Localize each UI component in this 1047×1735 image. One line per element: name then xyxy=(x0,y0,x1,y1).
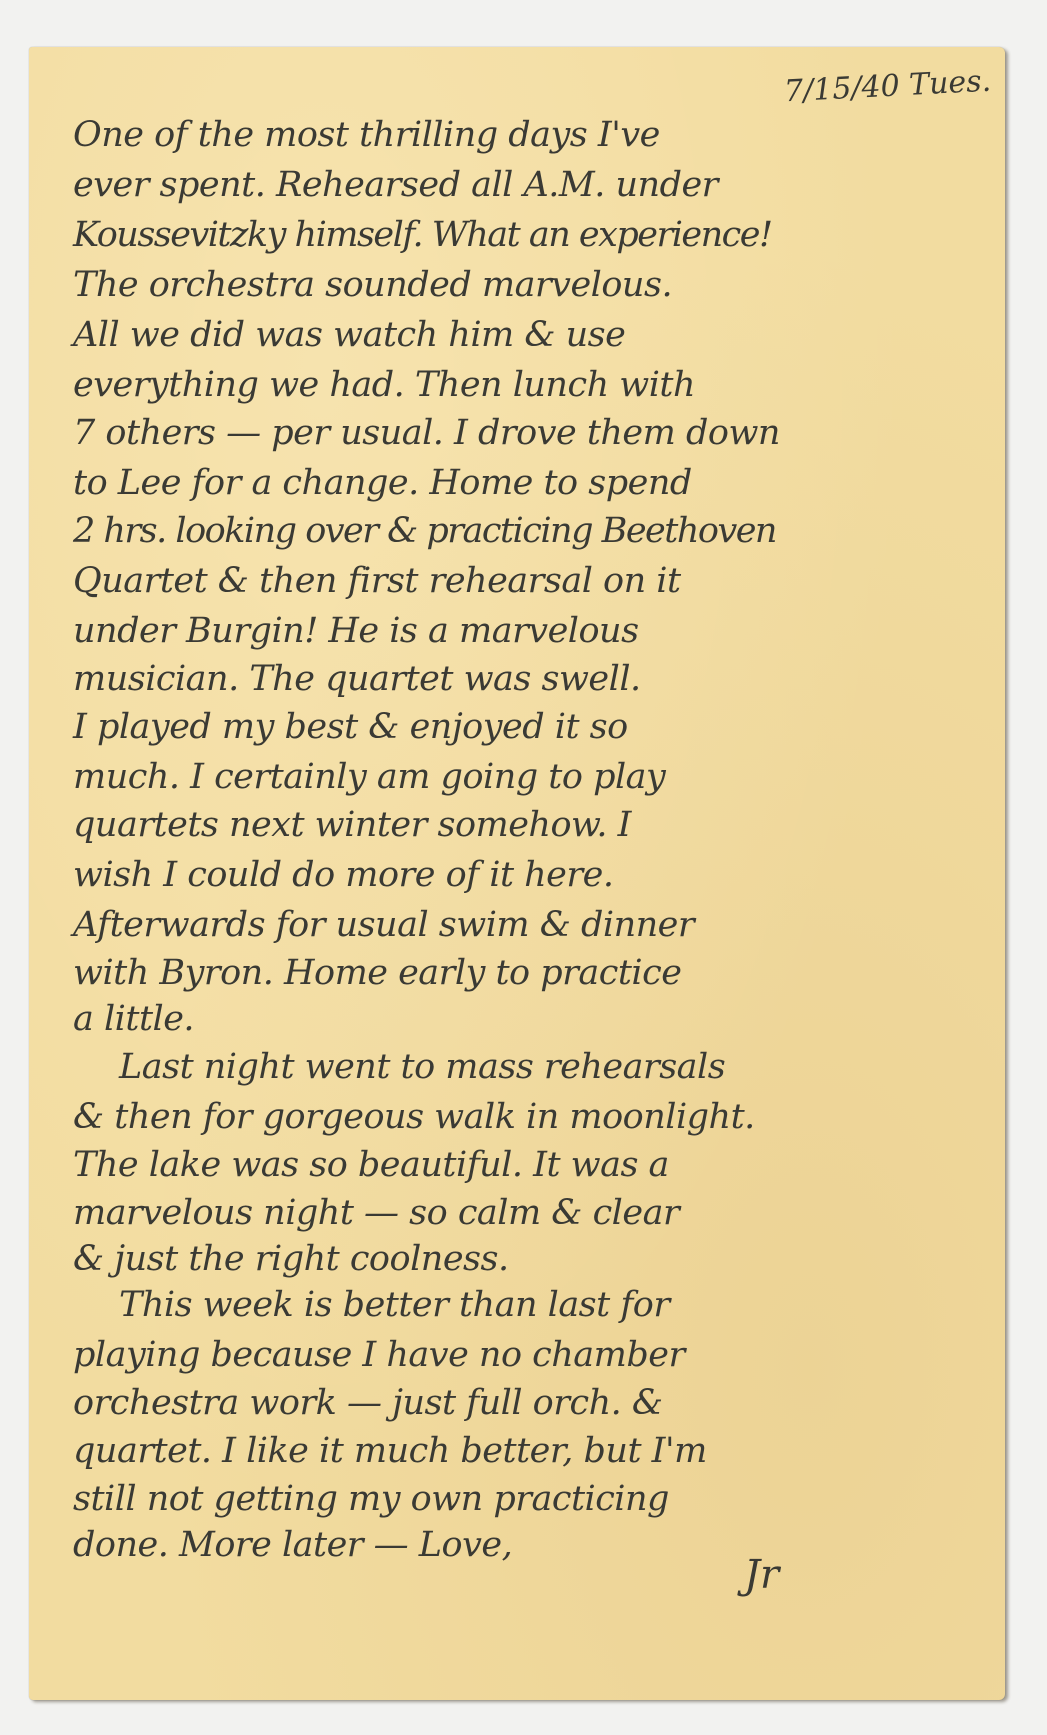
text-line: marvelous night — so calm & clear xyxy=(73,1193,679,1233)
text-line: with Byron. Home early to practice xyxy=(73,953,681,993)
text-line: quartet. I like it much better, but I'm xyxy=(73,1431,707,1471)
text-line: & then for gorgeous walk in moonlight. xyxy=(73,1097,755,1137)
text-line: Last night went to mass rehearsals xyxy=(119,1047,725,1087)
text-line: ever spent. Rehearsed all A.M. under xyxy=(73,165,718,205)
text-line: All we did was watch him & use xyxy=(73,315,625,355)
text-line: playing because I have no chamber xyxy=(73,1335,685,1375)
text-line: a little. xyxy=(73,999,194,1039)
text-line: The lake was so beautiful. It was a xyxy=(73,1145,669,1185)
text-line: everything we had. Then lunch with xyxy=(73,365,695,405)
signature: Jr xyxy=(744,1552,779,1598)
text-line: Afterwards for usual swim & dinner xyxy=(73,905,694,945)
text-line: still not getting my own practicing xyxy=(73,1479,669,1519)
text-line: 7 others — per usual. I drove them down xyxy=(73,413,780,453)
text-line: orchestra work — just full orch. & xyxy=(73,1383,663,1423)
text-line: This week is better than last for xyxy=(119,1285,670,1325)
text-line: quartets next winter somehow. I xyxy=(73,805,631,845)
postcard: 7/15/40 Tues. One of the most thrilling … xyxy=(29,47,1005,1700)
text-line: musician. The quartet was swell. xyxy=(73,659,641,699)
text-line: under Burgin! He is a marvelous xyxy=(73,611,639,651)
text-line: to Lee for a change. Home to spend xyxy=(73,463,692,503)
date-header: 7/15/40 Tues. xyxy=(783,64,992,110)
text-line: The orchestra sounded marvelous. xyxy=(73,265,672,305)
text-line: done. More later — Love, xyxy=(73,1525,512,1565)
text-line: I played my best & enjoyed it so xyxy=(73,707,628,747)
text-line: much. I certainly am going to play xyxy=(73,757,665,797)
text-line: Quartet & then first rehearsal on it xyxy=(73,561,681,601)
text-line: 2 hrs. looking over & practicing Beethov… xyxy=(73,511,776,551)
text-line: wish I could do more of it here. xyxy=(73,855,613,895)
text-line: One of the most thrilling days I've xyxy=(73,115,660,155)
text-line: & just the right coolness. xyxy=(73,1239,509,1279)
text-line: Koussevitzky himself. What an experience… xyxy=(73,215,772,255)
